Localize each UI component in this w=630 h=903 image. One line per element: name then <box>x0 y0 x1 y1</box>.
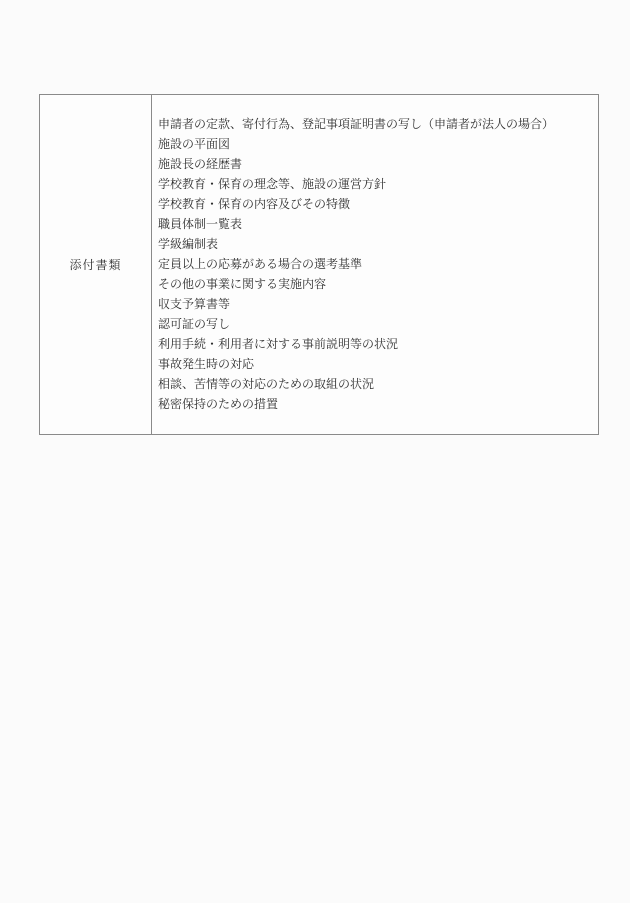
attachment-item: 相談、苦情等の対応のための取組の状況 <box>158 374 590 394</box>
attachment-item: 施設長の経歴書 <box>158 154 590 174</box>
attachment-item: 申請者の定款、寄付行為、登記事項証明書の写し（申請者が法人の場合） <box>158 114 590 134</box>
document-page: 添付書類 申請者の定款、寄付行為、登記事項証明書の写し（申請者が法人の場合） 施… <box>0 0 630 903</box>
attachments-table: 添付書類 申請者の定款、寄付行為、登記事項証明書の写し（申請者が法人の場合） 施… <box>39 94 599 435</box>
attachment-item: 職員体制一覧表 <box>158 214 590 234</box>
attachment-item: 事故発生時の対応 <box>158 354 590 374</box>
attachments-list-cell: 申請者の定款、寄付行為、登記事項証明書の写し（申請者が法人の場合） 施設の平面図… <box>152 95 598 434</box>
attachment-item: 学級編制表 <box>158 234 590 254</box>
attachment-item: 秘密保持のための措置 <box>158 394 590 414</box>
attachment-item: 認可証の写し <box>158 314 590 334</box>
table-header-cell: 添付書類 <box>40 95 152 434</box>
attachment-item: 学校教育・保育の理念等、施設の運営方針 <box>158 174 590 194</box>
attachment-item: 定員以上の応募がある場合の選考基準 <box>158 254 590 274</box>
attachment-item: その他の事業に関する実施内容 <box>158 274 590 294</box>
attachment-item: 収支予算書等 <box>158 294 590 314</box>
attachment-item: 施設の平面図 <box>158 134 590 154</box>
attachment-item: 学校教育・保育の内容及びその特徴 <box>158 194 590 214</box>
attachment-item: 利用手続・利用者に対する事前説明等の状況 <box>158 334 590 354</box>
table-header-label: 添付書類 <box>69 256 121 273</box>
